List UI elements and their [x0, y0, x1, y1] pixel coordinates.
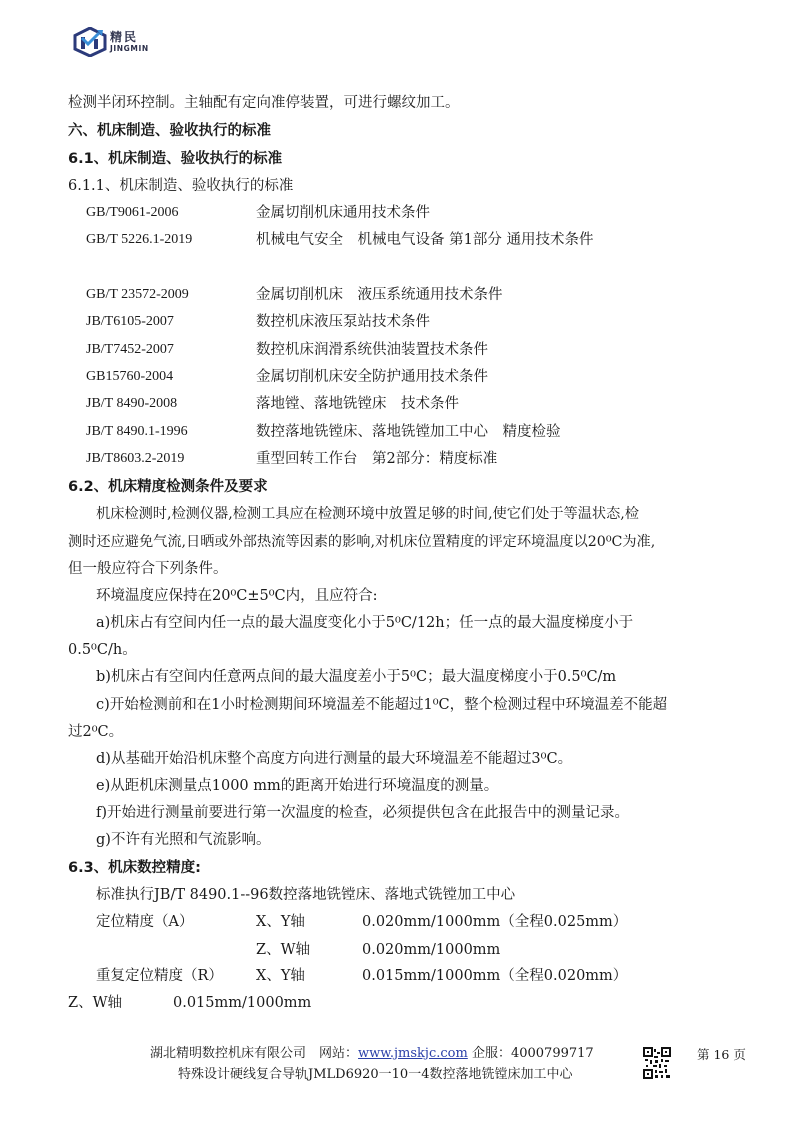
standard-name: 金属切削机床 液压系统通用技术条件 [256, 285, 503, 305]
section-6-1-heading: 6.1、机床制造、验收执行的标准 [68, 149, 282, 169]
standard-name: 金属切削机床通用技术条件 [256, 203, 430, 223]
condition-e: e)从距机床测量点1000 mm的距离开始进行环境温度的测量。 [96, 776, 498, 796]
condition-c: c)开始检测前和在1小时检测期间环境温差不能超过1⁰C，整个检测过程中环境温差不… [96, 695, 667, 715]
standard-code: GB/T 23572-2009 [86, 285, 189, 305]
logo-chinese-text: 精民 [110, 31, 149, 43]
standard-code: JB/T6105-2007 [86, 312, 174, 332]
standard-name: 机械电气安全 机械电气设备 第1部分 通用技术条件 [256, 230, 593, 250]
precision-value: 0.020mm/1000mm（全程0.025mm） [362, 912, 627, 932]
standard-name: 数控机床润滑系统供油装置技术条件 [256, 340, 488, 360]
section-6-2-heading: 6.2、机床精度检测条件及要求 [68, 477, 268, 497]
paragraph-line: 但一般应符合下列条件。 [68, 559, 228, 579]
footer-service-phone: 4000799717 [511, 1046, 594, 1061]
standard-name: 重型回转工作台 第2部分：精度标准 [256, 449, 497, 469]
standard-code: JB/T7452-2007 [86, 340, 174, 360]
standard-name: 金属切削机床安全防护通用技术条件 [256, 367, 488, 387]
standard-code: JB/T 8490.1-1996 [86, 422, 188, 442]
condition-c-cont: 过2⁰C。 [68, 722, 123, 742]
footer-website-label: 网站： [319, 1046, 358, 1061]
paragraph-line: 机床检测时,检测仪器,检测工具应在检测环境中放置足够的时间,使它们处于等温状态,… [96, 504, 639, 524]
section-6-1-1-heading: 6.1.1、机床制造、验收执行的标准 [68, 176, 293, 196]
standard-code: GB/T 5226.1-2019 [86, 230, 192, 250]
condition-f: f)开始进行测量前要进行第一次温度的检查，必须提供包含在此报告中的测量记录。 [96, 803, 629, 823]
standard-name: 落地镗、落地铣镗床 技术条件 [256, 394, 459, 414]
standard-code: JB/T8603.2-2019 [86, 449, 184, 469]
precision-axis: Z、W轴 [68, 993, 122, 1013]
footer-product-line: 特殊设计硬线复合导轨JMLD6920一10一4数控落地铣镗床加工中心 [178, 1066, 572, 1084]
company-logo: 精民 JINGMIN [73, 27, 149, 57]
paragraph-line: 测时还应避免气流,日晒或外部热流等因素的影响,对机床位置精度的评定环境温度以20… [68, 532, 655, 552]
precision-standard-line: 标准执行JB/T 8490.1--96数控落地铣镗床、落地式铣镗加工中心 [96, 885, 515, 905]
footer-company-name: 湖北精明数控机床有限公司 [150, 1046, 306, 1061]
precision-value: 0.015mm/1000mm [173, 993, 311, 1013]
footer-website-link[interactable]: www.jmskjc.com [358, 1046, 468, 1061]
footer-company-line: 湖北精明数控机床有限公司 网站：www.jmskjc.com 企服：400079… [150, 1045, 594, 1063]
condition-b: b)机床占有空间内任意两点间的最大温度差小于5⁰C；最大温度梯度小于0.5⁰C/… [96, 667, 616, 687]
precision-axis: X、Y轴 [256, 966, 305, 986]
footer-service-label: 企服： [472, 1046, 511, 1061]
condition-g: g)不许有光照和气流影响。 [96, 830, 270, 850]
precision-value: 0.015mm/1000mm（全程0.020mm） [362, 966, 627, 986]
condition-a-cont: 0.5⁰C/h。 [68, 640, 137, 660]
standard-name: 数控机床液压泵站技术条件 [256, 312, 430, 332]
qr-code-icon [643, 1047, 671, 1079]
standard-name: 数控落地铣镗床、落地铣镗加工中心 精度检验 [256, 422, 561, 442]
section-6-heading: 六、机床制造、验收执行的标准 [68, 121, 271, 141]
page-number: 第 16 页 [697, 1045, 746, 1063]
document-page: 精民 JINGMIN 检测半闭环控制。主轴配有定向准停装置，可进行螺纹加工。 六… [0, 0, 800, 1133]
precision-value: 0.020mm/1000mm [362, 940, 500, 960]
standard-code: JB/T 8490-2008 [86, 394, 177, 414]
condition-d: d)从基础开始沿机床整个高度方向进行测量的最大环境温差不能超过3⁰C。 [96, 749, 572, 769]
precision-axis: Z、W轴 [256, 940, 310, 960]
precision-label: 定位精度（A） [96, 912, 193, 932]
condition-a: a)机床占有空间内任一点的最大温度变化小于5⁰C/12h；任一点的最大温度梯度小… [96, 613, 633, 633]
standard-code: GB/T9061-2006 [86, 203, 179, 223]
intro-line: 检测半闭环控制。主轴配有定向准停装置，可进行螺纹加工。 [68, 93, 460, 113]
standard-code: GB15760-2004 [86, 367, 173, 387]
precision-label: 重复定位精度（R） [96, 966, 223, 986]
precision-axis: X、Y轴 [256, 912, 305, 932]
section-6-3-heading: 6.3、机床数控精度: [68, 858, 201, 878]
env-temp-line: 环境温度应保持在20⁰C±5⁰C内，且应符合: [96, 586, 378, 606]
logo-english-text: JINGMIN [110, 45, 149, 53]
jingmin-logo-icon [73, 27, 107, 57]
